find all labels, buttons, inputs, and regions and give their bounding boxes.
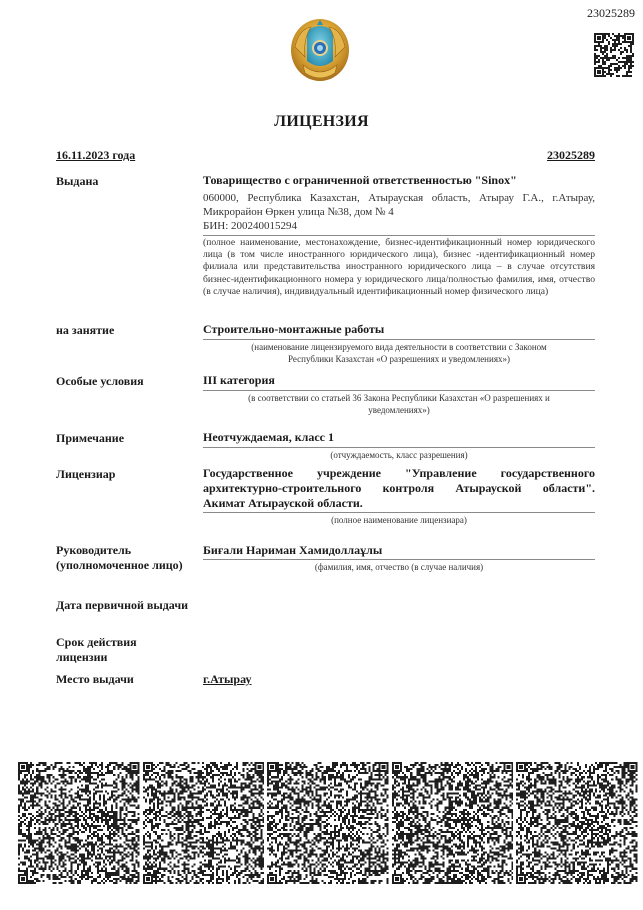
activity-note-line1: (наименование лицензируемого вида деятел… bbox=[203, 341, 595, 353]
registration-number: 23025289 bbox=[547, 148, 595, 163]
place-value: г.Атырау bbox=[203, 672, 595, 687]
place-label: Место выдачи bbox=[56, 672, 134, 687]
special-conditions-note-line1: (в соответствии со статьей 36 Закона Рес… bbox=[203, 392, 595, 404]
activity-label: на занятие bbox=[56, 323, 114, 338]
divider bbox=[203, 235, 595, 236]
issue-date: 16.11.2023 года bbox=[56, 148, 135, 163]
remark-label: Примечание bbox=[56, 431, 124, 446]
qr-code-icon bbox=[18, 762, 140, 884]
special-conditions-value: III категория bbox=[203, 373, 595, 388]
page-title: ЛИЦЕНЗИЯ bbox=[0, 113, 643, 131]
remark-value: Неотчуждаемая, класс 1 bbox=[203, 430, 595, 445]
divider bbox=[203, 390, 595, 391]
remark-note: (отчуждаемость, класс разрешения) bbox=[203, 449, 595, 461]
licensee-name: Товарищество с ограниченной ответственно… bbox=[203, 173, 595, 188]
licensor-value-line2: архитектурно-строительного контроля Атыр… bbox=[203, 481, 595, 496]
special-conditions-note-line2: уведомлениях») bbox=[203, 404, 595, 416]
licensee-note: (полное наименование, местонахождение, б… bbox=[203, 237, 595, 298]
divider bbox=[203, 339, 595, 340]
qr-code-icon bbox=[516, 762, 638, 884]
qr-code-icon bbox=[594, 33, 634, 77]
first-issue-date-label: Дата первичной выдачи bbox=[56, 598, 188, 613]
head-note: (фамилия, имя, отчество (в случае наличи… bbox=[203, 561, 595, 573]
qr-code-icon bbox=[143, 762, 265, 884]
activity-value: Строительно-монтажные работы bbox=[203, 322, 595, 337]
licensor-label: Лицензиар bbox=[56, 467, 115, 482]
document-number-top: 23025289 bbox=[587, 6, 635, 21]
licensee-address-line2: Микрорайон Өркен улица №38, дом № 4 bbox=[203, 205, 595, 219]
head-label-line2: (уполномоченное лицо) bbox=[56, 558, 183, 573]
qr-code-icon bbox=[392, 762, 514, 884]
qr-code-icon bbox=[267, 762, 389, 884]
divider bbox=[203, 559, 595, 560]
qr-code-strip bbox=[18, 762, 638, 884]
head-name: Биғали Нариман Хамидоллаұлы bbox=[203, 543, 595, 558]
licensee-bin: БИН: 200240015294 bbox=[203, 219, 595, 233]
divider bbox=[203, 447, 595, 448]
licensee-address-line1: 060000, Республика Казахстан, Атырауская… bbox=[203, 191, 595, 205]
state-emblem-icon bbox=[289, 17, 351, 85]
special-conditions-label: Особые условия bbox=[56, 374, 144, 389]
licensor-note: (полное наименование лицензиара) bbox=[203, 514, 595, 526]
validity-label-line2: лицензии bbox=[56, 650, 107, 665]
validity-label-line1: Срок действия bbox=[56, 635, 137, 650]
issued-to-label: Выдана bbox=[56, 174, 98, 189]
head-label-line1: Руководитель bbox=[56, 543, 131, 558]
licensor-value-line1: Государственное учреждение "Управление г… bbox=[203, 466, 595, 481]
divider bbox=[203, 512, 595, 513]
activity-note-line2: Республики Казахстан «О разрешениях и ув… bbox=[203, 353, 595, 365]
licensor-value-line3: Акимат Атырауской области. bbox=[203, 496, 595, 511]
